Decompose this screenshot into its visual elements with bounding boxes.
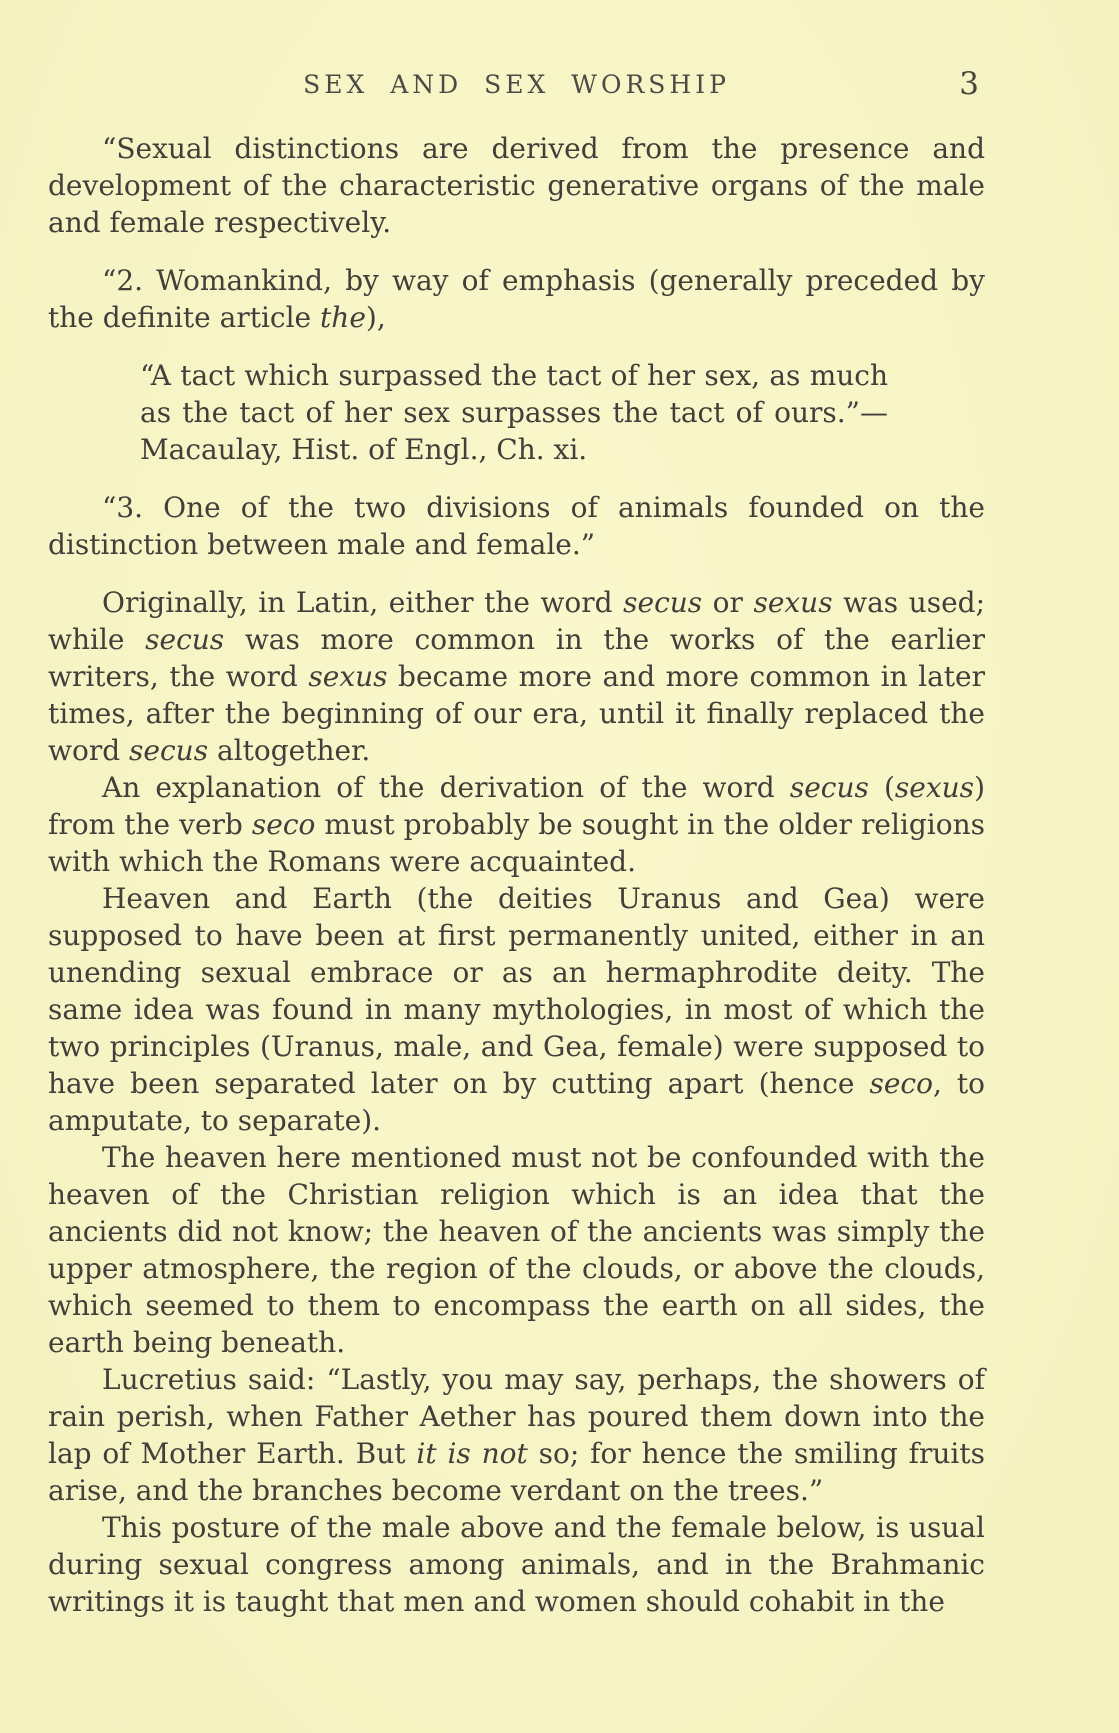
text-run: altogether. [208,734,370,767]
page-number: 3 [959,66,979,102]
italic-text-run: secus [129,734,208,767]
text-run: “Sexual distinctions are derived from th… [48,132,985,239]
text-block: SEX AND SEX WORSHIP 3 “Sexual distinctio… [48,70,985,1620]
italic-text-run: sexus [895,771,974,804]
italic-text-run: sexus [308,660,387,693]
text-run: ( [869,771,895,804]
paragraph: “3. One of the two divisions of animals … [48,489,985,563]
text-run: This posture of the male above and the f… [48,1511,985,1618]
italic-text-run: it is not [416,1437,527,1470]
italic-text-run: secus [145,623,224,656]
paragraph: Lucretius said: “Lastly, you may say, pe… [48,1361,985,1509]
italic-text-run: the [320,301,366,334]
quote-block: “A tact which surpassed the tact of her … [140,357,888,468]
italic-text-run: seco [869,1067,932,1100]
text-run: The heaven here mentioned must not be co… [48,1141,985,1359]
running-header: SEX AND SEX WORSHIP 3 [48,70,985,110]
text-run: or [702,586,753,619]
italic-text-run: seco [252,808,315,841]
text-run: An explanation of the derivation of the … [102,771,790,804]
paragraph: Heaven and Earth (the deities Uranus and… [48,880,985,1139]
text-run: Originally, in Latin, either the word [102,586,623,619]
paragraph: “Sexual distinctions are derived from th… [48,130,985,241]
italic-text-run: sexus [753,586,832,619]
header-title: SEX AND SEX WORSHIP [303,70,730,99]
paragraph: The heaven here mentioned must not be co… [48,1139,985,1361]
paragraph: Originally, in Latin, either the word se… [48,584,985,769]
italic-text-run: secus [623,586,702,619]
text-run: “A tact which surpassed the tact of her … [140,359,888,466]
text-run: ), [366,301,386,334]
italic-text-run: secus [790,771,869,804]
paragraph: An explanation of the derivation of the … [48,769,985,880]
page-body: “Sexual distinctions are derived from th… [48,130,985,1620]
text-run: Heaven and Earth (the deities Uranus and… [48,882,985,1100]
text-run: “2. Womankind, by way of emphasis (gener… [48,264,985,334]
paragraph: “2. Womankind, by way of emphasis (gener… [48,262,985,336]
book-page-scan: SEX AND SEX WORSHIP 3 “Sexual distinctio… [0,0,1119,1733]
text-run: “3. One of the two divisions of animals … [48,491,985,561]
paragraph: This posture of the male above and the f… [48,1509,985,1620]
